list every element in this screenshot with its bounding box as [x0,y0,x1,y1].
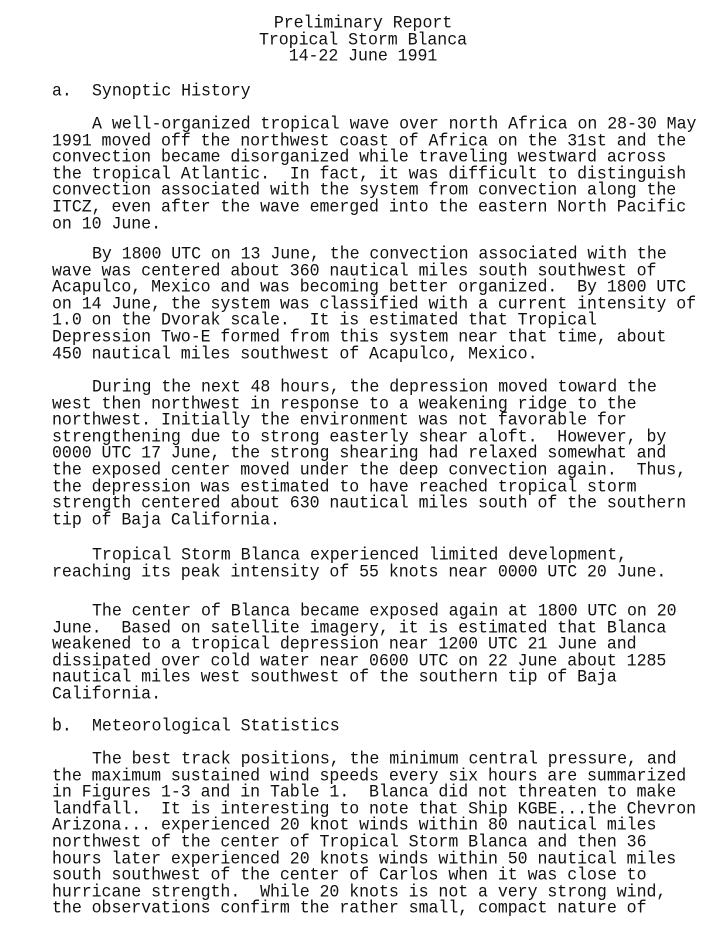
meteorological-statistics-heading: Meteorological Statistics [92,718,340,735]
section-label: a. [52,83,72,100]
paragraph-line: the observations confirm the rather smal… [52,900,646,917]
paragraph-line: 450 nautical miles southwest of Acapulco… [52,346,538,363]
paragraph-line: reaching its peak intensity of 55 knots … [52,564,666,581]
paragraph-line: tip of Baja California. [52,512,280,529]
report-dates: 14-22 June 1991 [0,48,726,65]
paragraph-line: California. [52,686,161,703]
document-page: Preliminary Report Tropical Storm Blanca… [0,0,726,951]
paragraph-line: on 10 June. [52,216,161,233]
section-label: b. [52,718,72,735]
synoptic-history-heading: Synoptic History [92,83,251,100]
